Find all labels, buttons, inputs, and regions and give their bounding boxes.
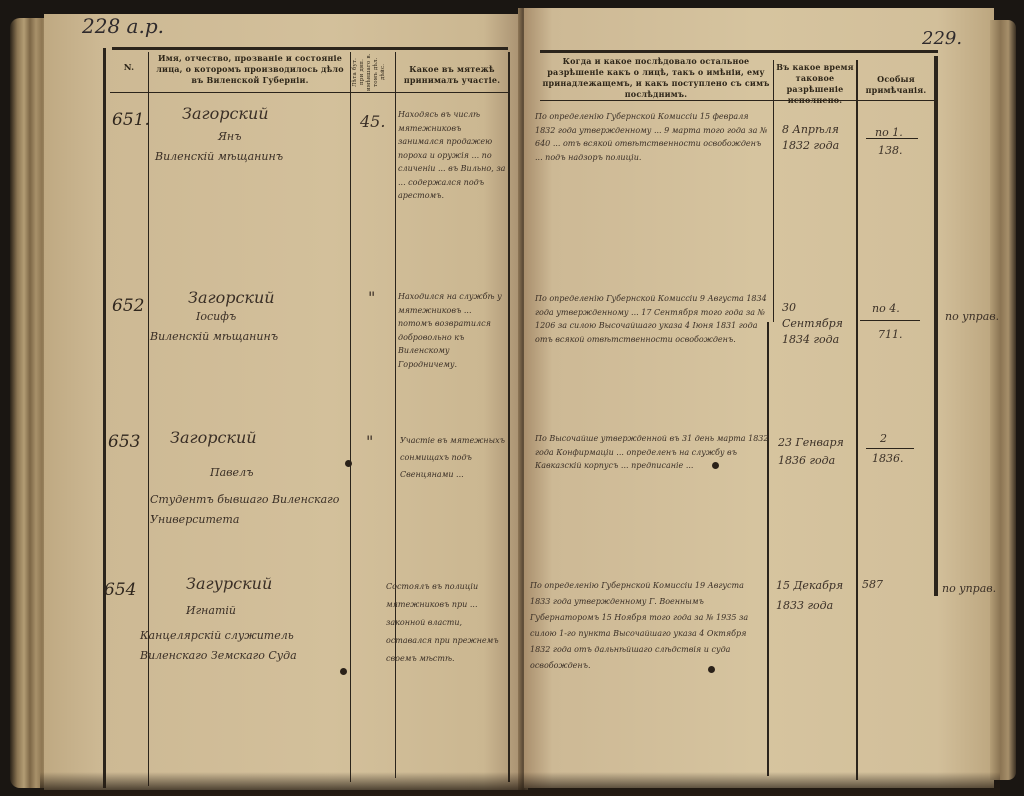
entry-resolution: По определенію Губернской Комиссіи 15 фе…: [535, 110, 771, 164]
entry-surname: Загорский: [170, 428, 257, 447]
entry-age: 45.: [360, 112, 385, 131]
right-page-stack-edge: [990, 20, 1016, 780]
entry-resolution: По Высочайше утвержденной въ 31 день мар…: [535, 432, 771, 473]
right-outer-rule: [934, 56, 938, 596]
entry-executed-date: 15 Декабря 1833 года: [776, 576, 854, 616]
col-rule-resolution-lower: [767, 322, 769, 776]
col-rule-resolution-upper: [773, 60, 774, 322]
entry-participation: Находился на службѣ у мятежниковъ ... по…: [398, 290, 508, 371]
entry-age: ": [368, 288, 375, 307]
entry-note: по управ.: [942, 582, 996, 595]
ink-blot: [340, 668, 347, 675]
entry-ref-bottom: 138.: [878, 144, 903, 157]
header-top-rule-right: [540, 50, 938, 53]
entry-given-name: Игнатій: [186, 604, 236, 617]
entry-given-name: Павелъ: [210, 466, 253, 479]
header-resolution: Когда и какое послѣдовало остальное разр…: [540, 56, 772, 100]
ink-blot: [712, 462, 719, 469]
col-rule-number: [148, 52, 149, 786]
entry-given-name: Янъ: [218, 130, 241, 143]
col-rule-age: [395, 52, 396, 778]
entry-resolution: По определенію Губернской Комиссіи 19 Ав…: [530, 578, 766, 674]
entry-given-name: Іосифъ: [196, 310, 236, 323]
entry-number: 654: [104, 580, 136, 600]
header-name: Имя, отчество, прозваніе и состояніе лиц…: [150, 53, 350, 86]
entry-participation: Участіе въ мятежныхъ сонмищахъ подъ Свен…: [400, 432, 508, 483]
header-participation: Какое въ мятежѣ принималъ участіе.: [397, 64, 507, 86]
left-outer-rule: [103, 48, 106, 788]
col-rule-executed: [856, 60, 858, 780]
entry-ref-top: 2: [880, 432, 887, 445]
ledger-spread: 228 а.р. 229. N. Имя, отчество, прозвані…: [0, 0, 1024, 796]
header-executed: Въ какое время таковое разрѣшеніе исполн…: [775, 62, 855, 106]
entry-participation: Состоялъ въ полиціи мятежниковъ при ... …: [386, 578, 508, 668]
entry-status: Канцелярскій служитель Виленскаго Земска…: [140, 626, 340, 666]
entry-number: 651.: [112, 110, 150, 130]
entry-number: 652: [112, 296, 144, 316]
entry-surname: Загорский: [182, 104, 269, 123]
entry-participation: Находясь въ числѣ мятежниковъ занимался …: [398, 108, 508, 203]
entry-executed-date: 30 Сентября 1834 года: [782, 300, 854, 348]
left-page-number: 228 а.р.: [82, 14, 164, 38]
entry-surname: Загурский: [186, 574, 272, 593]
entry-ref-top: по 4.: [872, 302, 900, 315]
col-rule-participation: [508, 52, 510, 782]
ref-divider: [860, 320, 920, 321]
right-page-number: 229.: [922, 28, 962, 49]
ink-blot: [345, 460, 352, 467]
col-rule-name: [350, 52, 351, 782]
entry-ref-bottom: 711.: [878, 328, 903, 341]
entry-resolution: По определенію Губернской Комиссіи 9 Авг…: [535, 292, 771, 346]
header-number: N.: [110, 63, 148, 74]
ref-divider: [866, 448, 914, 449]
ref-divider: [866, 138, 918, 139]
entry-status: Виленскій мѣщанинъ: [150, 330, 278, 343]
entry-number: 653: [108, 432, 140, 452]
header-notes: Особыя примѣчанія.: [858, 74, 934, 96]
entry-ref-top: 587: [862, 578, 883, 591]
entry-status: Студентъ бывшаго Виленскаго Университета: [150, 490, 340, 530]
header-top-rule-left: [112, 47, 508, 50]
entry-note: по управ.: [945, 310, 999, 323]
entry-status: Виленскій мѣщанинъ: [155, 150, 283, 163]
ink-blot: [708, 666, 715, 673]
entry-surname: Загорский: [188, 288, 275, 307]
header-bottom-rule-left: [110, 92, 510, 93]
bottom-shadow: [40, 772, 1000, 796]
entry-executed-date: 8 Апрѣля 1832 года: [782, 122, 854, 154]
entry-executed-date: 23 Генваря 1836 года: [778, 434, 854, 470]
entry-ref-bottom: 1836.: [872, 452, 904, 465]
header-bottom-rule-right: [540, 100, 936, 101]
header-age: Лѣта бут. при двп. имѣвшаго в. томъ дѣл.…: [352, 53, 394, 91]
entry-age: ": [366, 432, 373, 451]
